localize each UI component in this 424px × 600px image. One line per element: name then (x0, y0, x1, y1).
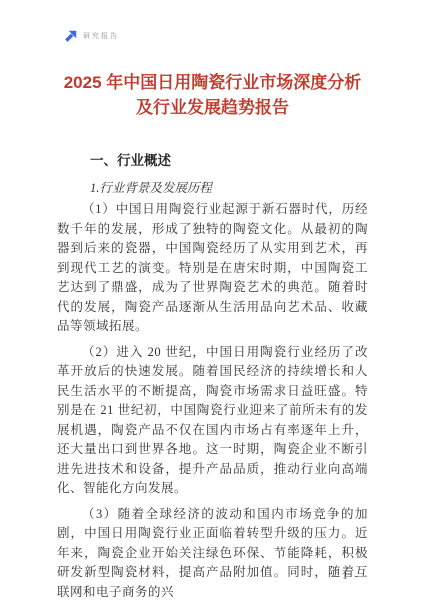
logo-text: 研究报告 (83, 31, 119, 41)
paragraph-1: （1）中国日用陶瓷行业起源于新石器时代，历经数千年的发展，形成了独特的陶瓷文化。… (57, 200, 368, 337)
section-heading: 一、行业概述 (90, 149, 368, 169)
page-number: - 1 - (332, 570, 360, 582)
paragraph-2: （2）进入 20 世纪，中国日用陶瓷行业经历了改革开放后的快速发展。随着国民经济… (57, 343, 368, 499)
document-page: 研究报告 2025 年中国日用陶瓷行业市场深度分析及行业发展趋势报告 一、行业概… (0, 0, 424, 600)
paragraph-3: （3）随着全球经济的波动和国内市场竞争的加剧，中国日用陶瓷行业正面临着转型升级的… (57, 505, 368, 600)
body-text: （1）中国日用陶瓷行业起源于新石器时代，历经数千年的发展，形成了独特的陶瓷文化。… (57, 200, 368, 600)
arrow-up-right-icon (64, 29, 78, 43)
report-title: 2025 年中国日用陶瓷行业市场深度分析及行业发展趋势报告 (57, 70, 368, 120)
subsection-heading: 1.行业背景及发展历程 (90, 178, 368, 196)
report-logo: 研究报告 (64, 28, 368, 44)
